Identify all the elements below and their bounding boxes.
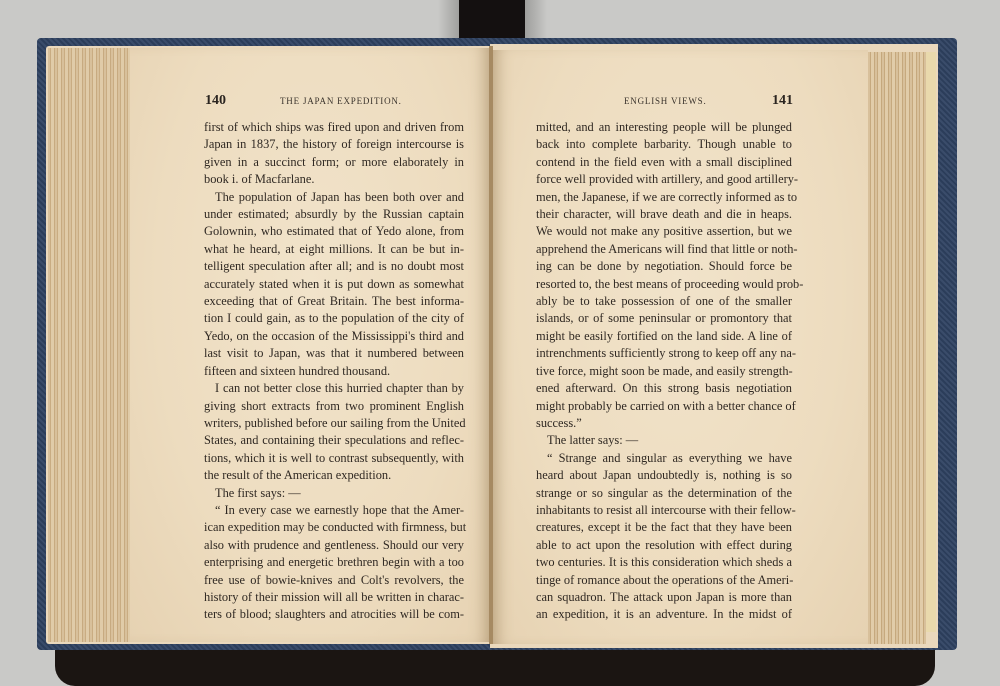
text-line: might probably be carried on with a bett… [536, 398, 792, 415]
text-line: “ In every case we earnestly hope that t… [204, 502, 464, 519]
text-line: tion I could gain, as to the population … [204, 310, 464, 327]
text-line: tinge of romance about the operations of… [536, 572, 792, 589]
text-line: giving short extracts from two prominent… [204, 398, 464, 415]
text-line: tions, which it is well to contrast subs… [204, 450, 464, 467]
text-line: force well provided with artillery, and … [536, 171, 792, 188]
text-line: “ Strange and singular as everything we … [536, 450, 792, 467]
text-line: their character, will brave death and di… [536, 206, 792, 223]
text-line: We would not make any positive assertion… [536, 223, 792, 240]
text-line: can squadron. The attack upon Japan is m… [536, 589, 792, 606]
text-line: ters of blood; slaughters and atrocities… [204, 606, 464, 623]
book-gutter [489, 46, 493, 644]
text-line: ing can be done by negotiation. Should f… [536, 258, 792, 275]
text-line: strange or so singular as the determinat… [536, 485, 792, 502]
left-page-edges [48, 48, 130, 642]
text-line: The population of Japan has been both ov… [204, 189, 464, 206]
text-line: first of which ships was fired upon and … [204, 119, 464, 136]
left-page-body-text: first of which ships was fired upon and … [204, 119, 464, 624]
text-line: apprehend the Americans will find that l… [536, 241, 792, 258]
page-number-left: 140 [205, 93, 226, 109]
text-line: The first says: — [204, 485, 464, 502]
text-line: success.” [536, 415, 792, 432]
text-line: resorted to, the best means of proceedin… [536, 276, 792, 293]
text-line: back into complete barbarity. Though una… [536, 136, 792, 153]
text-line: islands, or of some peninsular or promon… [536, 310, 792, 327]
text-line: two centuries. It is this consideration … [536, 554, 792, 571]
text-line: tive force, might soon be made, and easi… [536, 363, 792, 380]
text-line: ican expedition may be conducted with fi… [204, 519, 464, 536]
text-line: might be easily fortified on the land si… [536, 328, 792, 345]
text-line: able to act upon the resolution with eff… [536, 537, 792, 554]
running-head-left: THE JAPAN EXPEDITION. [280, 96, 402, 112]
text-line: history of their mission will all be wri… [204, 589, 464, 606]
text-line: also with prudence and gentleness. Shoul… [204, 537, 464, 554]
text-line: free use of bowie-knives and Colt's revo… [204, 572, 464, 589]
text-line: enterprising and energetic brethren begi… [204, 554, 464, 571]
running-head-right: ENGLISH VIEWS. [624, 96, 707, 112]
text-line: inhabitants to resist all intercourse wi… [536, 502, 792, 519]
text-line: what he heard, at eight millions. It can… [204, 241, 464, 258]
text-line: accurately stated when it is put down as… [204, 276, 464, 293]
text-line: an expedition, it is an adventure. In th… [536, 606, 792, 623]
text-line: creatures, except it be the fact that th… [536, 519, 792, 536]
text-line: ened afterward. On this strong basis neg… [536, 380, 792, 397]
endpaper [926, 52, 936, 632]
text-line: The latter says: — [536, 432, 792, 449]
text-line: intrenchments sufficiently strong to kee… [536, 345, 792, 362]
text-line: Japan in 1837, the history of foreign in… [204, 136, 464, 153]
page-number-right: 141 [772, 93, 793, 109]
text-line: fifteen and sixteen hundred thousand. [204, 363, 464, 380]
text-line: I can not better close this hurried chap… [204, 380, 464, 397]
text-line: men, the Japanese, if we are correctly i… [536, 189, 792, 206]
right-page-edges [868, 52, 926, 644]
text-line: telligent speculation after all; and is … [204, 258, 464, 275]
text-line: mitted, and an interesting people will b… [536, 119, 792, 136]
text-line: under estimated; absurdly by the Russian… [204, 206, 464, 223]
text-line: ably be to take possession of one of the… [536, 293, 792, 310]
text-line: heard about Japan undoubtedly is, nothin… [536, 467, 792, 484]
text-line: writers, published before our sailing fr… [204, 415, 464, 432]
right-page-body-text: mitted, and an interesting people will b… [536, 119, 792, 624]
text-line: the result of the American expedition. [204, 467, 464, 484]
text-line: Golownin, who estimated that of Yedo alo… [204, 223, 464, 240]
text-line: exceeding that of Great Britain. The bes… [204, 293, 464, 310]
text-line: book i. of Macfarlane. [204, 171, 464, 188]
text-line: contend in the field even with a small d… [536, 154, 792, 171]
text-line: given in a succinct form; or more elabor… [204, 154, 464, 171]
text-line: States, and containing their speculation… [204, 432, 464, 449]
text-line: last visit to Japan, was that it numbere… [204, 345, 464, 362]
text-line: Yedo, on the occasion of the Mississippi… [204, 328, 464, 345]
